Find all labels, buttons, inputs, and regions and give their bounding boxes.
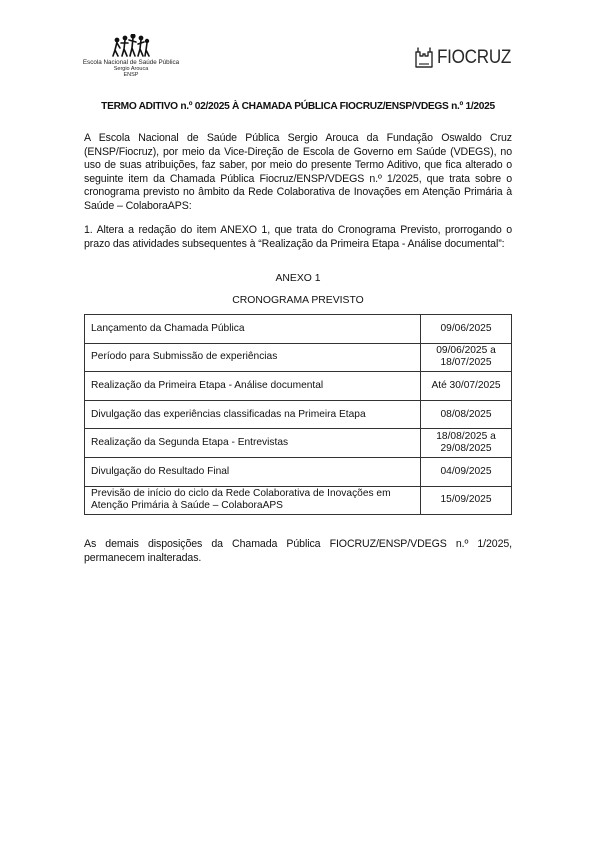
- date-cell: 18/08/2025 a 29/08/2025: [421, 429, 512, 458]
- fiocruz-wordmark: FIOCRUZ: [437, 48, 511, 67]
- document-title: TERMO ADITIVO n.º 02/2025 À CHAMADA PÚBL…: [84, 100, 512, 113]
- table-row: Realização da Segunda Etapa - Entrevista…: [85, 429, 512, 458]
- table-row: Divulgação do Resultado Final 04/09/2025: [85, 457, 512, 486]
- table-row: Lançamento da Chamada Pública 09/06/2025: [85, 315, 512, 344]
- activity-cell: Previsão de início do ciclo da Rede Cola…: [85, 486, 421, 515]
- fiocruz-castle-icon: [414, 46, 434, 68]
- activity-cell: Divulgação das experiências classificada…: [85, 400, 421, 429]
- table-row: Divulgação das experiências classificada…: [85, 400, 512, 429]
- activity-cell: Realização da Primeira Etapa - Análise d…: [85, 372, 421, 401]
- activity-cell: Divulgação do Resultado Final: [85, 457, 421, 486]
- date-cell: 09/06/2025 a 18/07/2025: [421, 343, 512, 372]
- date-cell: 09/06/2025: [421, 315, 512, 344]
- closing-paragraph: As demais disposições da Chamada Pública…: [84, 538, 512, 565]
- date-cell: 04/09/2025: [421, 457, 512, 486]
- activity-cell: Período para Submissão de experiências: [85, 343, 421, 372]
- table-row: Período para Submissão de experiências 0…: [85, 343, 512, 372]
- activity-cell: Realização da Segunda Etapa - Entrevista…: [85, 429, 421, 458]
- document-page: Escola Nacional de Saúde Pública Sergio …: [0, 0, 595, 842]
- schedule-heading: CRONOGRAMA PREVISTO: [84, 295, 512, 306]
- schedule-table: Lançamento da Chamada Pública 09/06/2025…: [84, 314, 512, 515]
- intro-paragraph: A Escola Nacional de Saúde Pública Sergi…: [84, 132, 512, 214]
- date-cell: 15/09/2025: [421, 486, 512, 515]
- ensp-logo-line1: Escola Nacional de Saúde Pública: [76, 59, 186, 66]
- ensp-figures-logo-icon: [111, 34, 151, 58]
- table-row: Realização da Primeira Etapa - Análise d…: [85, 372, 512, 401]
- ensp-logo: Escola Nacional de Saúde Pública Sergio …: [76, 34, 186, 78]
- ensp-logo-line3: ENSP: [76, 72, 186, 78]
- annex-heading: ANEXO 1: [84, 273, 512, 284]
- amendment-paragraph: 1. Altera a redação do item ANEXO 1, que…: [84, 224, 512, 251]
- date-cell: Até 30/07/2025: [421, 372, 512, 401]
- date-cell: 08/08/2025: [421, 400, 512, 429]
- fiocruz-logo: FIOCRUZ: [414, 46, 519, 68]
- activity-cell: Lançamento da Chamada Pública: [85, 315, 421, 344]
- table-row: Previsão de início do ciclo da Rede Cola…: [85, 486, 512, 515]
